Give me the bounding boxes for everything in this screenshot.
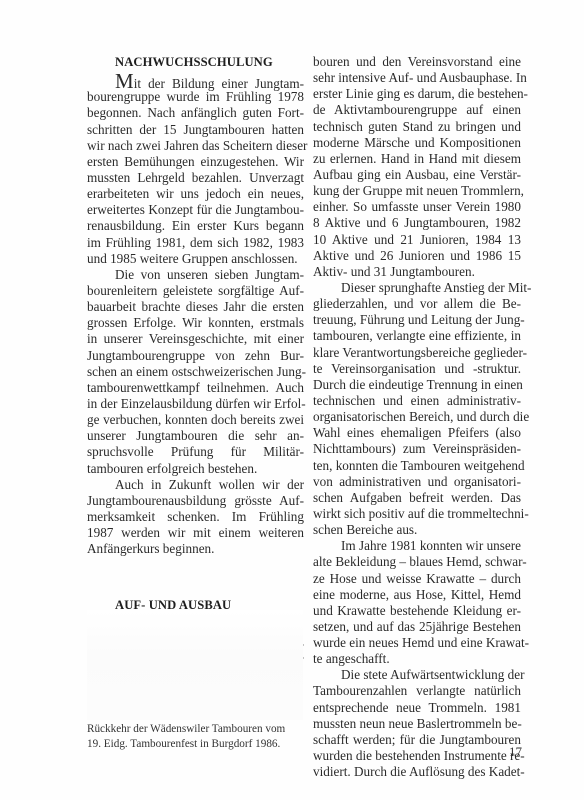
text-line: ze Hose und weisse Krawatte – durch [313, 571, 521, 587]
text-line: und 1985 weitere Gruppen anschlossen. [87, 251, 304, 267]
page-number: 17 [500, 744, 522, 760]
text-line: Auch in Zukunft wollen wir der [87, 477, 304, 493]
text-line: wurden die bestehenden Instrumente re- [313, 748, 521, 764]
text-line: bauarbeit brachte dieses Jahr die ersten [87, 299, 304, 315]
text-line: zu erlernen. Hand in Hand mit diesem [313, 151, 521, 167]
section-heading-nachwuchsschulung: NACHWUCHSSCHULUNG [87, 54, 304, 70]
left-column: NACHWUCHSSCHULUNG Mit der Bildung einer … [87, 54, 304, 665]
text-line: Nichttambours) zum Vereinspräsiden- [313, 441, 521, 457]
text-line: bourengruppe wurde im Frühling 1978 [87, 89, 304, 105]
text-line: im Frühling 1981, dem sich 1982, 1983 [87, 235, 304, 251]
paragraph-r3: Im Jahre 1981 konnten wir unsere alte Be… [313, 538, 521, 667]
text-line: entsprechende neue Trommeln. 1981 [313, 700, 521, 716]
text-line: grossen Erfolge. Wir konnten, erstmals [87, 315, 304, 331]
text-line: renausbildung. Ein erster Kurs begann [87, 218, 304, 234]
paragraph-3: Auch in Zukunft wollen wir der Jungtambo… [87, 477, 304, 558]
text-line: unserer Jungtambouren die sehr an- [87, 428, 304, 444]
text-line: einher. So umfasste unser Verein 1980 [313, 199, 521, 215]
text-line: erarbeiteten wir uns jedoch ein neues, [87, 186, 304, 202]
text-line: tambouren erfolgreich bestehen. [87, 461, 304, 477]
photo-caption: Rückkehr der Wädenswiler Tambouren vom 1… [87, 722, 307, 751]
text-line: Die von unseren sieben Jungtam- [87, 267, 304, 283]
text-line: begonnen. Nach anfänglich guten Fort- [87, 105, 304, 121]
text-line: treuung, Führung und Leitung der Jung- [313, 312, 521, 328]
text-line: klare Verantwortungsbereiche geglieder- [313, 345, 521, 361]
document-page: NACHWUCHSSCHULUNG Mit der Bildung einer … [0, 0, 584, 800]
text-line: in unserer Vereinsgeschichte, mit einer [87, 331, 304, 347]
text-line: Jungtambourenausbildung grösste Auf- [87, 493, 304, 509]
text-line: Anfängerkurs beginnen. [87, 541, 304, 557]
paragraph-1: Mit der Bildung einer Jungtam- bourengru… [87, 73, 304, 267]
right-column: bouren und den Vereinsvorstand eine sehr… [313, 54, 521, 780]
text-line: mussten Lehrgeld bezahlen. Unverzagt [87, 170, 304, 186]
text-line: bourenleitern geleistete sorgfältige Auf… [87, 283, 304, 299]
text-line: in der Einzelausbildung dürfen wir Erfol… [87, 396, 304, 412]
text-line: te angeschafft. [313, 651, 521, 667]
text-line: merksamkeit schenken. Im Frühling [87, 509, 304, 525]
text-line: wir nach zwei Jahren das Scheitern diese… [87, 138, 304, 154]
text-line: technischen und einen administrativ- [313, 393, 521, 409]
text-line: erweitertes Konzept für die Jungtambou- [87, 202, 304, 218]
text-line: wirkt sich positiv auf die trommeltechni… [313, 506, 521, 522]
text-line: moderne Märsche und Kompositionen [313, 135, 521, 151]
photo [87, 610, 303, 720]
text-line: 10 Aktive und 21 Junioren, 1984 13 [313, 232, 521, 248]
paragraph-2: Die von unseren sieben Jungtam- bourenle… [87, 267, 304, 477]
caption-line: 19. Eidg. Tambourenfest in Burgdorf 1986… [87, 737, 307, 752]
text-line: mussten neun neue Baslertrommeln be- [313, 716, 521, 732]
text-line: tambouren, verlangte eine effiziente, in [313, 328, 521, 344]
text-line: alte Bekleidung – blaues Hemd, schwar- [313, 554, 521, 570]
text-line: ten, konnten die Tambouren weitgehend [313, 458, 521, 474]
text-line: und Krawatte bestehende Kleidung er- [313, 603, 521, 619]
text-line: sehr intensive Auf- und Ausbauphase. In [313, 70, 521, 86]
text-line: setzen, und auf das 25jährige Bestehen [313, 619, 521, 635]
text-line: Aktive und 26 Junioren und 1986 15 [313, 248, 521, 264]
text-line: Tambourenzahlen verlangte natürlich [313, 683, 521, 699]
text-line: Im Jahre 1981 konnten wir unsere [313, 538, 521, 554]
paragraph-r2: Dieser sprunghafte Anstieg der Mit- glie… [313, 280, 521, 538]
text-line: technisch guten Stand zu bringen und [313, 119, 521, 135]
text-line: schen Aufgaben befreit werden. Das [313, 490, 521, 506]
text-line: Dieser sprunghafte Anstieg der Mit- [313, 280, 521, 296]
text-line: organisatorischen Bereich, und durch die [313, 409, 521, 425]
spacer [87, 557, 304, 597]
text-line: Durch die eindeutige Trennung in einen [313, 377, 521, 393]
text-line: tambourenwettkampf teilnehmen. Auch [87, 380, 304, 396]
text-line: schritten der 15 Jungtambouren hatten [87, 122, 304, 138]
text-line: schen an einem ostschweizerischen Jung- [87, 364, 304, 380]
text-line: kung der Gruppe mit neuen Trommlern, [313, 183, 521, 199]
text-line: erster Linie ging es darum, die bestehen… [313, 86, 521, 102]
text-line: gliederzahlen, und vor allem die Be- [313, 296, 521, 312]
text-line: von administrativen und organisatori- [313, 474, 521, 490]
text-line: Aufbau ging ein Ausbau, eine Verstär- [313, 167, 521, 183]
text-line: wurde ein neues Hemd und eine Krawat- [313, 635, 521, 651]
text-line: Wahl eines ehemaligen Pfeifers (also [313, 425, 521, 441]
text-line: de Aktivtambourengruppe auf einen [313, 102, 521, 118]
text-line: spruchsvolle Prüfung für Militär- [87, 444, 304, 460]
text-line: Jungtambourengruppe von zehn Bur- [87, 348, 304, 364]
text-line: bouren und den Vereinsvorstand eine [313, 54, 521, 70]
caption-line: Rückkehr der Wädenswiler Tambouren vom [87, 722, 307, 737]
text-line: Aktiv- und 31 Jungtambouren. [313, 264, 521, 280]
paragraph-r4: Die stete Aufwärtsentwicklung der Tambou… [313, 667, 521, 780]
text-line: schafft werden; für die Jungtambouren [313, 732, 521, 748]
text-line: Die stete Aufwärtsentwicklung der [313, 667, 521, 683]
text-line: eine moderne, aus Hose, Kittel, Hemd [313, 587, 521, 603]
text-line: Mit der Bildung einer Jungtam- [87, 73, 304, 89]
text-line: te Vereinsorganisation und -struktur. [313, 361, 521, 377]
text-line: vidiert. Durch die Auflösung des Kadet- [313, 764, 521, 780]
text-line: 8 Aktive und 6 Jungtambouren, 1982 [313, 215, 521, 231]
text-line: ge verbuchen, konnten doch bereits zwei [87, 412, 304, 428]
text-line: 1987 werden wir mit einem weiteren [87, 525, 304, 541]
text-line: ersten Bemühungen einzugestehen. Wir [87, 154, 304, 170]
text-line: schen Bereiche aus. [313, 522, 521, 538]
paragraph-r1: bouren und den Vereinsvorstand eine sehr… [313, 54, 521, 280]
